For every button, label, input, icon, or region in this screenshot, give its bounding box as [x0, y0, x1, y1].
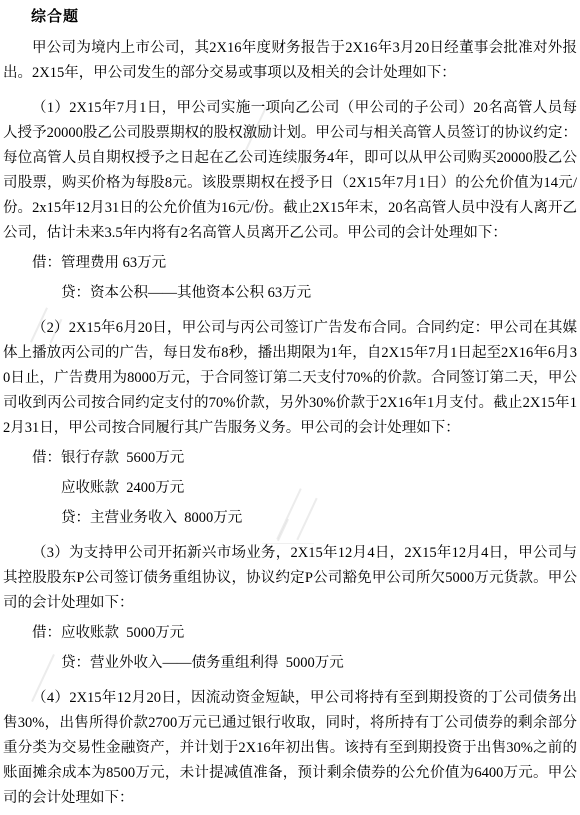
item-1-journal-debit-line: 借：管理费用 63万元 [32, 251, 577, 276]
document-page: 综合题 甲公司为境内上市公司，其2X16年度财务报告于2X16年3月20日经董事… [0, 8, 580, 811]
item-3-journal-debit-line: 借：应收账款 5000万元 [32, 621, 577, 646]
item-4-paragraph: （4）2X15年12月20日，因流动资金短缺，甲公司将持有至到期投资的丁公司债务… [3, 686, 577, 811]
item-2-paragraph: （2）2X15年6月20日，甲公司与丙公司签订广告发布合同。合同约定：甲公司在其… [3, 316, 577, 441]
item-3-journal-credit-line: 贷：营业外收入——债务重组利得 5000万元 [61, 651, 577, 676]
item-1-paragraph: （1）2X15年7月1日，甲公司实施一项向乙公司（甲公司的子公司）20名高管人员… [3, 96, 577, 246]
item-3-paragraph: （3）为支持甲公司开拓新兴市场业务，2X15年12月4日，2X15年12月4日，… [3, 541, 577, 616]
intro-paragraph: 甲公司为境内上市公司，其2X16年度财务报告于2X16年3月20日经董事会批准对… [3, 36, 577, 86]
item-2-journal-debit-line: 借：银行存款 5600万元 [32, 446, 577, 471]
item-2-journal-credit-line: 贷：主营业务收入 8000万元 [61, 506, 577, 531]
item-1-journal-credit-line: 贷：资本公积——其他资本公积 63万元 [61, 281, 577, 306]
page-title: 综合题 [31, 8, 577, 26]
item-2-journal-debit-line-2: 应收账款 2400万元 [61, 476, 577, 501]
